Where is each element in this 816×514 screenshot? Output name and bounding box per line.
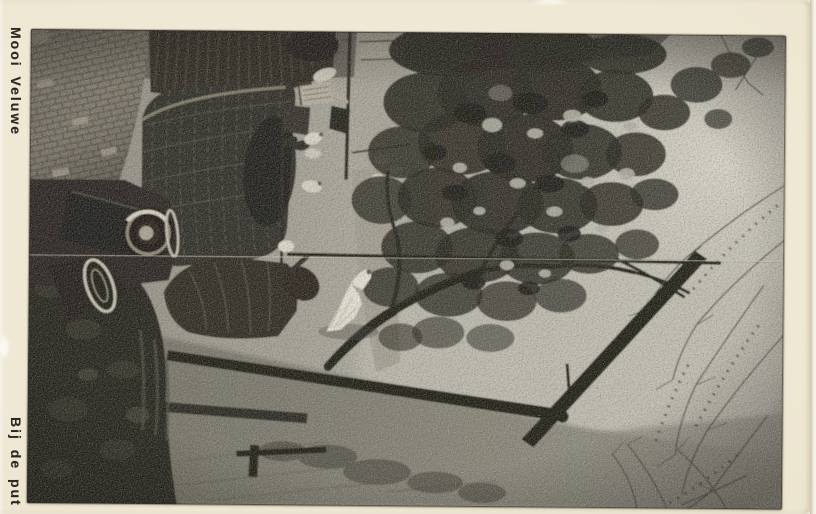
postcard: Mooi Veluwe Bij de put: [0, 0, 810, 514]
scan-surface: Mooi Veluwe Bij de put: [0, 0, 816, 514]
scan-page-edge: [810, 0, 816, 514]
caption-mooi-veluwe: Mooi Veluwe: [8, 27, 24, 136]
photo-finish: [27, 29, 786, 510]
photo-illustration: [27, 29, 786, 510]
postcard-photo: [27, 29, 786, 510]
card-edge-chip: [0, 330, 12, 364]
caption-bij-de-put: Bij de put: [8, 417, 24, 507]
card-scuff-mark: [526, 0, 576, 8]
